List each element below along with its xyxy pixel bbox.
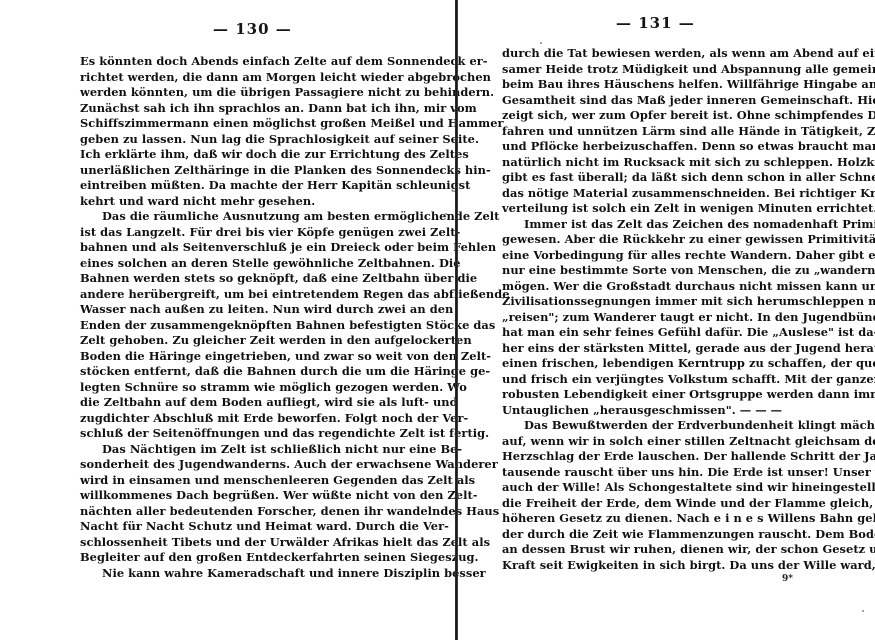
text-line: höheren Gesetz zu dienen. Nach e i n e s… [502, 511, 842, 527]
text-line: kehrt und ward nicht mehr gesehen. [80, 194, 420, 210]
text-line: tausende rauscht über uns hin. Die Erde … [502, 465, 842, 481]
text-line: legten Schnüre so stramm wie möglich gez… [80, 380, 420, 396]
text-line: mögen. Wer die Großstadt durchaus nicht … [502, 279, 842, 295]
scan-speck [84, 262, 86, 264]
text-line: schlossenheit Tibets und der Urwälder Af… [80, 535, 420, 551]
text-line: schluß der Seitenöffnungen und das regen… [80, 426, 420, 442]
text-line: Zelt gehoben. Zu gleicher Zeit werden in… [80, 333, 420, 349]
text-line: auch der Wille! Als Schongestaltete sind… [502, 480, 842, 496]
scan-speck [445, 213, 447, 215]
text-line: unerläßlichen Zelthäringe in die Planken… [80, 163, 420, 179]
text-line: Das die räumliche Ausnutzung am besten e… [80, 209, 420, 225]
text-line: geben zu lassen. Nun lag die Sprachlosig… [80, 132, 420, 148]
page-number: — 131 — [616, 14, 695, 32]
text-line: „reisen"; zum Wanderer taugt er nicht. I… [502, 310, 842, 326]
text-line: hat man ein sehr feines Gefühl dafür. Di… [502, 325, 842, 341]
text-line: und Pflöcke herbeizuschaffen. Denn so et… [502, 139, 842, 155]
text-line: ist das Langzelt. Für drei bis vier Köpf… [80, 225, 420, 241]
text-line: samer Heide trotz Müdigkeit und Abspannu… [502, 62, 842, 78]
text-line: richtet werden, die dann am Morgen leich… [80, 70, 420, 86]
text-line: gewesen. Aber die Rückkehr zu einer gewi… [502, 232, 842, 248]
text-line: Enden der zusammengeknöpften Bahnen befe… [80, 318, 420, 334]
text-line: andere herübergreift, um bei eintretende… [80, 287, 420, 303]
text-line: willkommenes Dach begrüßen. Wer wüßte ni… [80, 488, 420, 504]
text-line: robusten Lebendigkeit einer Ortsgruppe w… [502, 387, 842, 403]
text-line: Immer ist das Zelt das Zeichen des nomad… [502, 217, 842, 233]
text-line: eine Vorbedingung für alles rechte Wande… [502, 248, 842, 264]
scan-speck [867, 148, 869, 150]
text-line: durch die Tat bewiesen werden, als wenn … [502, 46, 842, 62]
text-line: zugdichter Abschluß mit Erde beworfen. F… [80, 411, 420, 427]
text-line: natürlich nicht im Rucksack mit sich zu … [502, 155, 842, 171]
text-line: die Freiheit der Erde, dem Winde und der… [502, 496, 842, 512]
text-line: Nie kann wahre Kameradschaft und innere … [80, 566, 420, 582]
text-line: bahnen und als Seitenverschluß je ein Dr… [80, 240, 420, 256]
text-line: verteilung ist solch ein Zelt in wenigen… [502, 201, 842, 217]
text-line: gibt es fast überall; da läßt sich denn … [502, 170, 842, 186]
text-line: stöcken entfernt, daß die Bahnen durch d… [80, 364, 420, 380]
text-line: werden könnten, um die übrigen Passagier… [80, 85, 420, 101]
text-line: Das Bewußtwerden der Erdverbundenheit kl… [502, 418, 842, 434]
text-line: beim Bau ihres Häuschens helfen. Willfäh… [502, 77, 842, 93]
text-line: Boden die Häringe eingetrieben, und zwar… [80, 349, 420, 365]
text-line: her eins der stärksten Mittel, gerade au… [502, 341, 842, 357]
text-line: und frisch ein verjüngtes Volkstum schaf… [502, 372, 842, 388]
text-line: die Zeltbahn auf dem Boden aufliegt, wir… [80, 395, 420, 411]
text-line: an dessen Brust wir ruhen, dienen wir, d… [502, 542, 842, 558]
scan-speck [540, 42, 542, 44]
text-line: Nacht für Nacht Schutz und Heimat ward. … [80, 519, 420, 535]
text-line: Zivilisationssegnungen immer mit sich he… [502, 294, 842, 310]
text-line: nur eine bestimmte Sorte von Menschen, d… [502, 263, 842, 279]
text-line: einen frischen, lebendigen Kerntrupp zu … [502, 356, 842, 372]
text-line: Untauglichen „herausgeschmissen". — — — [502, 403, 842, 419]
text-line: sonderheit des Jugendwanderns. Auch der … [80, 457, 420, 473]
page-number: — 130 — [213, 20, 292, 38]
text-line: Herzschlag der Erde lauschen. Der hallen… [502, 449, 842, 465]
text-line: eintreiben müßten. Da machte der Herr Ka… [80, 178, 420, 194]
text-line: Es könnten doch Abends einfach Zelte auf… [80, 54, 420, 70]
page-text: durch die Tat bewiesen werden, als wenn … [502, 46, 842, 573]
text-line: wird in einsamen und menschenleeren Gege… [80, 473, 420, 489]
text-line: Gesamtheit sind das Maß jeder inneren Ge… [502, 93, 842, 109]
text-line: Bahnen werden stets so geknöpft, daß ein… [80, 271, 420, 287]
right-page: — 131 — durch die Tat bewiesen werden, a… [458, 0, 875, 640]
text-line: Schiffszimmermann einen möglichst großen… [80, 116, 420, 132]
text-line: Begleiter auf den großen Entdeckerfahrte… [80, 550, 420, 566]
text-line: eines solchen an deren Stelle gewöhnlich… [80, 256, 420, 272]
text-line: Kraft seit Ewigkeiten in sich birgt. Da … [502, 558, 842, 574]
text-line: zeigt sich, wer zum Opfer bereit ist. Oh… [502, 108, 842, 124]
text-line: Das Nächtigen im Zelt ist schließlich ni… [80, 442, 420, 458]
text-line: nächten aller bedeutenden Forscher, dene… [80, 504, 420, 520]
text-line: auf, wenn wir in solch einer stillen Zel… [502, 434, 842, 450]
text-line: Wasser nach außen zu leiten. Nun wird du… [80, 302, 420, 318]
text-line: der durch die Zeit wie Flammenzungen rau… [502, 527, 842, 543]
scan-speck [862, 610, 864, 612]
text-line: fahren und unnützen Lärm sind alle Hände… [502, 124, 842, 140]
page-text: Es könnten doch Abends einfach Zelte auf… [80, 54, 420, 581]
text-line: Ich erklärte ihm, daß wir doch die zur E… [80, 147, 420, 163]
text-line: das nötige Material zusammenschneiden. B… [502, 186, 842, 202]
text-line: Zunächst sah ich ihn sprachlos an. Dann … [80, 101, 420, 117]
signature-mark: 9* [782, 574, 793, 584]
left-page: — 130 — Es könnten doch Abends einfach Z… [0, 0, 455, 640]
